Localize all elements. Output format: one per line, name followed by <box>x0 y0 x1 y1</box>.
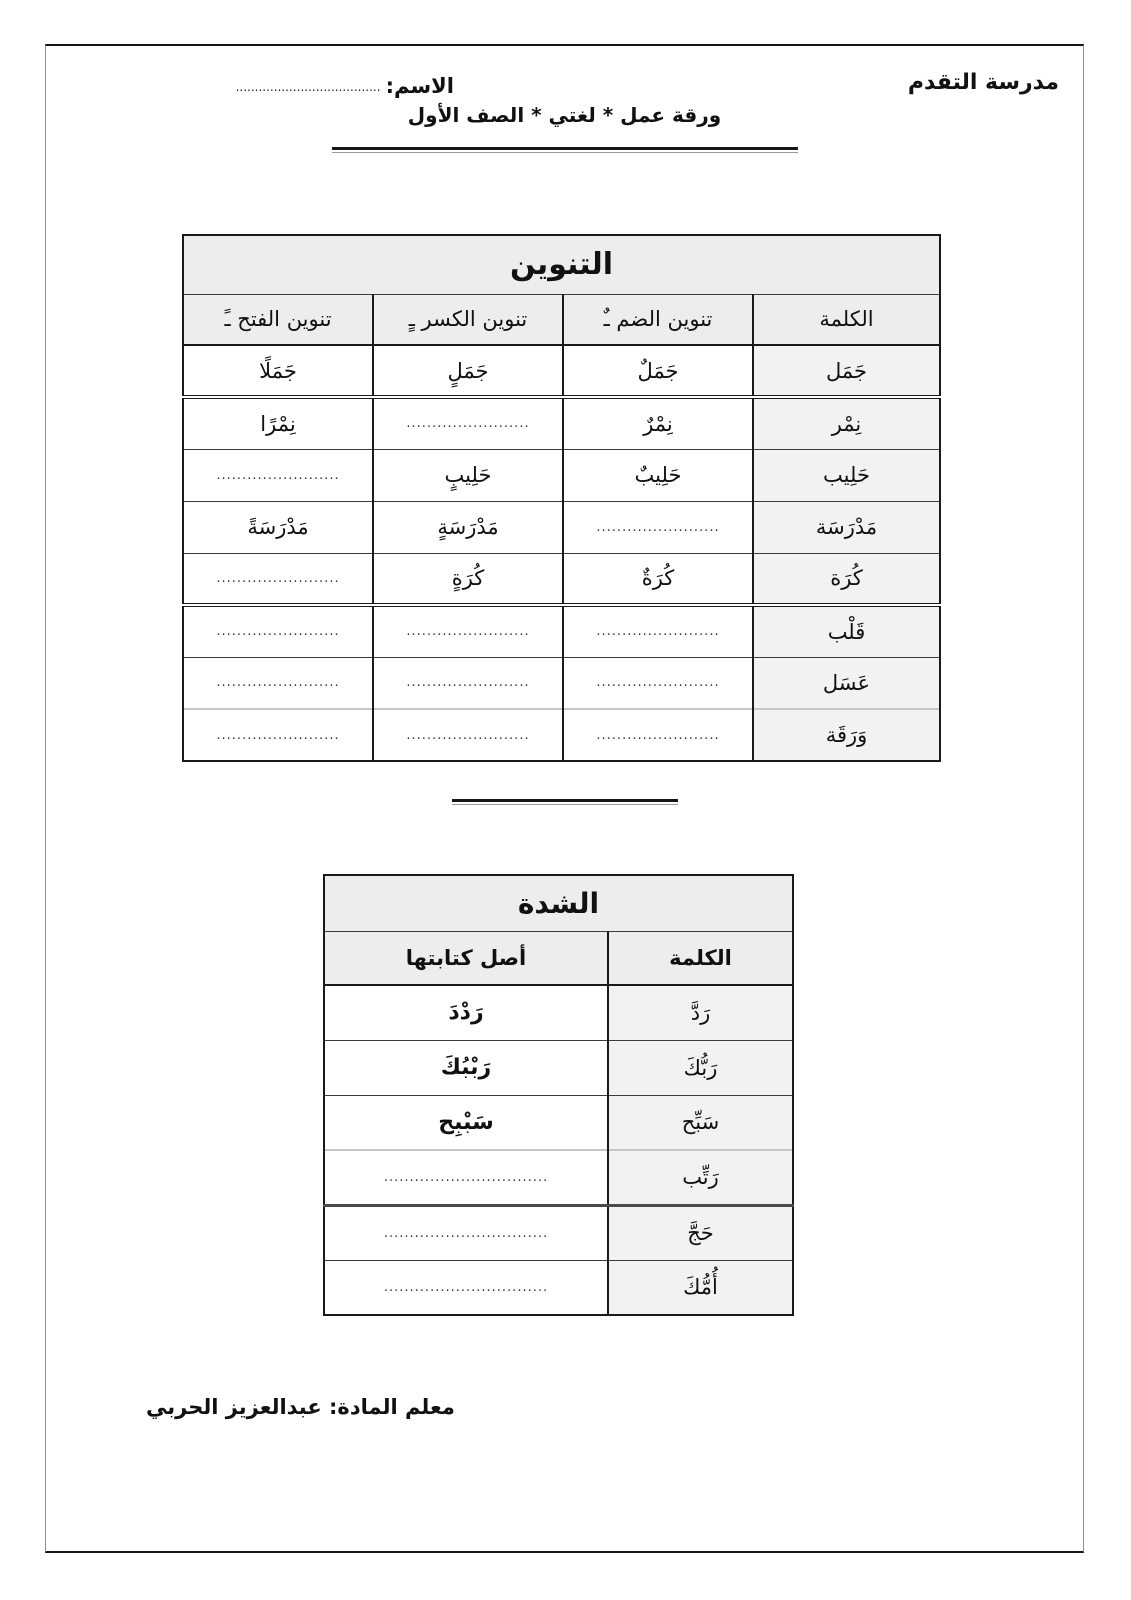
section-separator <box>452 799 678 805</box>
tanween-row: جَمَل جَمَلٌ جَمَلٍ جَمَلًا <box>183 345 940 397</box>
shadda-table-title: الشدة <box>324 875 793 931</box>
shadda-row: سَبِّح سَبْبِح <box>324 1095 793 1150</box>
fath-cell: ........................ <box>183 553 373 605</box>
name-label: الاسم: <box>386 74 454 98</box>
fath-cell: ........................ <box>183 605 373 657</box>
word-cell: عَسَل <box>753 657 940 709</box>
word-cell: رَدَّ <box>608 985 793 1040</box>
shadda-row: حَجَّ ................................ <box>324 1205 793 1260</box>
damm-cell: ........................ <box>563 605 753 657</box>
tanween-row: وَرَقَة ........................ .......… <box>183 709 940 761</box>
tanween-table-title: التنوين <box>183 235 940 294</box>
fath-cell: جَمَلًا <box>183 345 373 397</box>
origin-cell: ................................ <box>324 1260 608 1315</box>
tanween-header-row: الكلمة تنوين الضم ـٌ تنوين الكسر ـٍ تنوي… <box>183 294 940 345</box>
worksheet-title: ورقة عمل * لغتي * الصف الأول <box>46 103 1083 127</box>
kasr-cell: ........................ <box>373 605 563 657</box>
student-name-row: الاسم: .................................… <box>154 74 454 98</box>
name-fill-line: ...................................... <box>236 80 381 94</box>
origin-cell: ................................ <box>324 1205 608 1260</box>
title-underline <box>332 147 798 153</box>
fath-cell: ........................ <box>183 449 373 501</box>
kasr-cell: جَمَلٍ <box>373 345 563 397</box>
damm-cell: نِمْرٌ <box>563 397 753 449</box>
shadda-header-row: الكلمة أصل كتابتها <box>324 931 793 985</box>
fath-cell: نِمْرًا <box>183 397 373 449</box>
kasr-cell: ........................ <box>373 397 563 449</box>
kasr-cell: حَلِيبٍ <box>373 449 563 501</box>
word-cell: قَلْب <box>753 605 940 657</box>
fath-cell: ........................ <box>183 657 373 709</box>
word-cell: وَرَقَة <box>753 709 940 761</box>
word-cell: جَمَل <box>753 345 940 397</box>
kasr-cell: مَدْرَسَةٍ <box>373 501 563 553</box>
tanween-row: حَلِيب حَلِيبٌ حَلِيبٍ .................… <box>183 449 940 501</box>
damm-cell: ........................ <box>563 501 753 553</box>
shadda-row: رَبُّكَ رَبْبُكَ <box>324 1040 793 1095</box>
header-damm: تنوين الضم ـٌ <box>563 294 753 345</box>
word-cell: حَجَّ <box>608 1205 793 1260</box>
word-cell: حَلِيب <box>753 449 940 501</box>
shadda-row: أُمُّكَ ................................ <box>324 1260 793 1315</box>
tanween-row: نِمْر نِمْرٌ ........................ نِ… <box>183 397 940 449</box>
word-cell: رَتِّب <box>608 1150 793 1205</box>
damm-cell: ........................ <box>563 709 753 761</box>
origin-cell: رَبْبُكَ <box>324 1040 608 1095</box>
tanween-title-row: التنوين <box>183 235 940 294</box>
header-kasr: تنوين الكسر ـٍ <box>373 294 563 345</box>
tanween-row: عَسَل ........................ .........… <box>183 657 940 709</box>
tanween-row: كُرَة كُرَةٌ كُرَةٍ ....................… <box>183 553 940 605</box>
page-frame: مدرسة التقدم الاسم: ....................… <box>45 44 1084 1553</box>
word-cell: مَدْرَسَة <box>753 501 940 553</box>
word-cell: أُمُّكَ <box>608 1260 793 1315</box>
kasr-cell: ........................ <box>373 709 563 761</box>
kasr-cell: ........................ <box>373 657 563 709</box>
damm-cell: جَمَلٌ <box>563 345 753 397</box>
fath-cell: ........................ <box>183 709 373 761</box>
header-word: الكلمة <box>753 294 940 345</box>
word-cell: نِمْر <box>753 397 940 449</box>
damm-cell: ........................ <box>563 657 753 709</box>
origin-cell: سَبْبِح <box>324 1095 608 1150</box>
tanween-table: التنوين الكلمة تنوين الضم ـٌ تنوين الكسر… <box>182 234 941 762</box>
word-cell: سَبِّح <box>608 1095 793 1150</box>
tanween-row: مَدْرَسَة ........................ مَدْر… <box>183 501 940 553</box>
shadda-row: رَتِّب ................................ <box>324 1150 793 1205</box>
header-fath: تنوين الفتح ـً <box>183 294 373 345</box>
header-origin: أصل كتابتها <box>324 931 608 985</box>
tanween-row: قَلْب ........................ .........… <box>183 605 940 657</box>
word-cell: كُرَة <box>753 553 940 605</box>
shadda-table: الشدة الكلمة أصل كتابتها رَدَّ رَدْدَ رَ… <box>323 874 794 1316</box>
damm-cell: كُرَةٌ <box>563 553 753 605</box>
teacher-name: معلم المادة: عبدالعزيز الحربي <box>146 1395 455 1419</box>
damm-cell: حَلِيبٌ <box>563 449 753 501</box>
shadda-row: رَدَّ رَدْدَ <box>324 985 793 1040</box>
fath-cell: مَدْرَسَةً <box>183 501 373 553</box>
origin-cell: ................................ <box>324 1150 608 1205</box>
school-name: مدرسة التقدم <box>908 70 1059 95</box>
header-word: الكلمة <box>608 931 793 985</box>
shadda-title-row: الشدة <box>324 875 793 931</box>
kasr-cell: كُرَةٍ <box>373 553 563 605</box>
word-cell: رَبُّكَ <box>608 1040 793 1095</box>
origin-cell: رَدْدَ <box>324 985 608 1040</box>
